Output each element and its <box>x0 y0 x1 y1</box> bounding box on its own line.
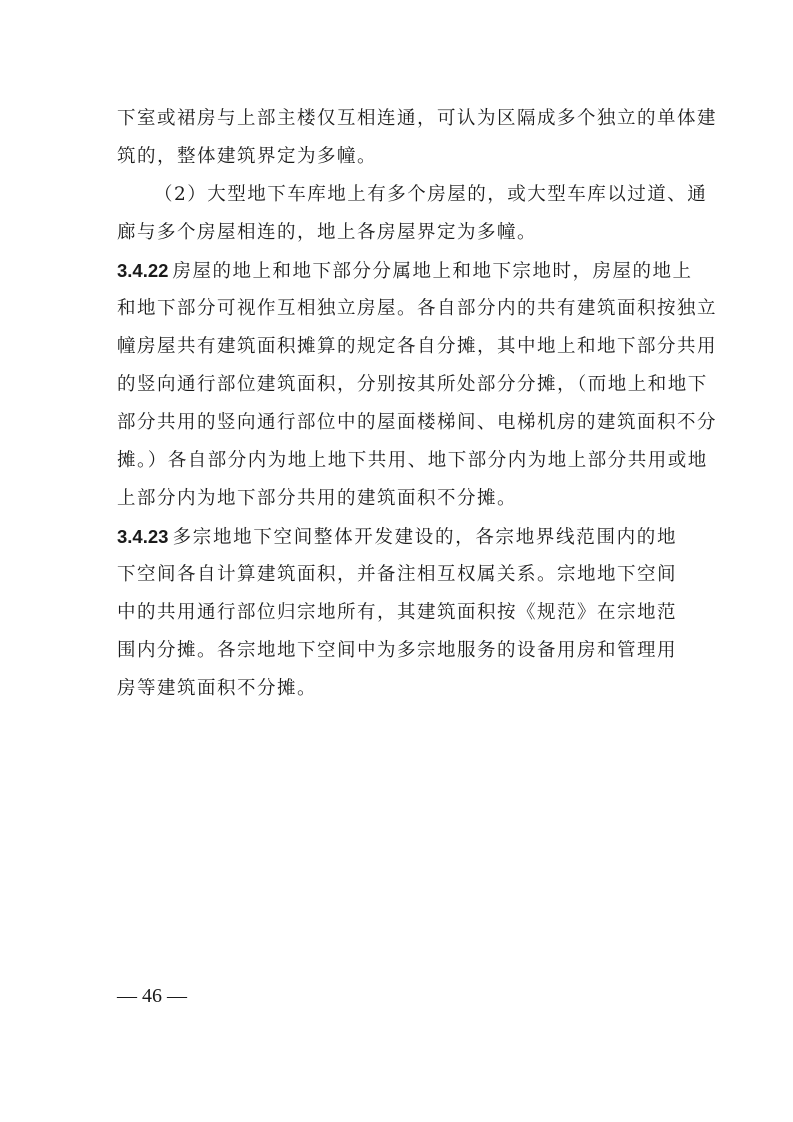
page-number: — 46 — <box>117 985 187 1008</box>
text-line: 房等建筑面积不分摊。 <box>117 670 677 708</box>
text-line: 廊与多个房屋相连的，地上各房屋界定为多幢。 <box>117 214 677 252</box>
clause-text: 多宗地地下空间整体开发建设的，各宗地界线范围内的地 <box>172 527 677 548</box>
clause-3-4-23-first-line: 3.4.23多宗地地下空间整体开发建设的，各宗地界线范围内的地 <box>117 518 677 556</box>
document-page: 下室或裙房与上部主楼仅互相连通，可认为区隔成多个独立的单体建 筑的，整体建筑界定… <box>117 100 677 708</box>
clause-number: 3.4.23 <box>117 526 168 547</box>
text-line: 筑的，整体建筑界定为多幢。 <box>117 138 677 176</box>
text-line: 中的共用通行部位归宗地所有，其建筑面积按《规范》在宗地范 <box>117 594 677 632</box>
clause-number: 3.4.22 <box>117 260 168 281</box>
text-line: 部分共用的竖向通行部位中的屋面楼梯间、电梯机房的建筑面积不分 <box>117 404 677 442</box>
text-line: 和地下部分可视作互相独立房屋。各自部分内的共有建筑面积按独立 <box>117 290 677 328</box>
text-line: 下空间各自计算建筑面积，并备注相互权属关系。宗地地下空间 <box>117 556 677 594</box>
text-line: （2）大型地下车库地上有多个房屋的，或大型车库以过道、通 <box>117 176 677 214</box>
clause-text: 房屋的地上和地下部分分属地上和地下宗地时，房屋的地上 <box>172 261 692 282</box>
text-line: 围内分摊。各宗地地下空间中为多宗地服务的设备用房和管理用 <box>117 632 677 670</box>
text-line: 下室或裙房与上部主楼仅互相连通，可认为区隔成多个独立的单体建 <box>117 100 677 138</box>
text-line: 的竖向通行部位建筑面积，分别按其所处部分分摊，（而地上和地下 <box>117 366 677 404</box>
text-line: 摊。）各自部分内为地上地下共用、地下部分内为地上部分共用或地 <box>117 442 677 480</box>
clause-3-4-22-first-line: 3.4.22房屋的地上和地下部分分属地上和地下宗地时，房屋的地上 <box>117 252 677 290</box>
text-line: 上部分内为地下部分共用的建筑面积不分摊。 <box>117 480 677 518</box>
text-line: 幢房屋共有建筑面积摊算的规定各自分摊，其中地上和地下部分共用 <box>117 328 677 366</box>
